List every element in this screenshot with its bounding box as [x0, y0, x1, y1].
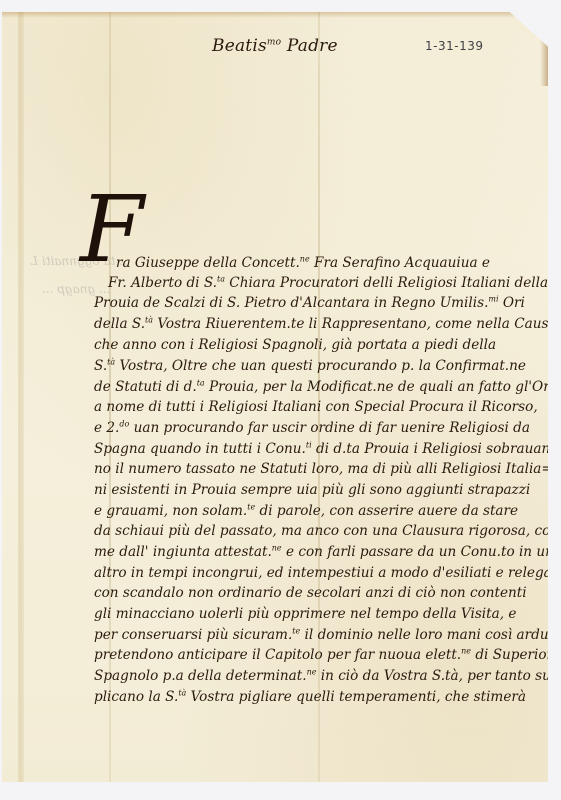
line-abbreviation-superscript: do	[119, 419, 129, 428]
line-text-continued: in ciò da Vostra S.tà, per tanto sup=	[316, 668, 561, 684]
page-fold-left	[18, 12, 24, 782]
line-text-continued: Prouia, per la Modificat.ne de quali an …	[205, 379, 554, 395]
line-text: che anno con i Religiosi Spagnoli, già p…	[94, 337, 496, 353]
line-text-continued: Vostra, Oltre che uan questi procurando …	[115, 358, 526, 374]
manuscript-line: Spagnolo p.a della determinat.ne in ciò …	[94, 666, 561, 686]
line-text-continued: uan procurando far uscir ordine di far u…	[129, 420, 530, 436]
manuscript-line: della S.tà Vostra Riuerentem.te li Rappr…	[94, 314, 557, 334]
manuscript-line: ra Giuseppe della Concett.ne Fra Serafin…	[116, 253, 490, 273]
line-text: no il numero tassato ne Statuti loro, ma…	[94, 461, 553, 477]
line-text: Spagna quando in tutti i Conu.	[94, 441, 306, 457]
manuscript-line: plicano la S.tà Vostra pigliare quelli t…	[94, 687, 526, 707]
manuscript-line: e grauami, non solam.te di parole, con a…	[94, 501, 518, 521]
line-text: ni esistenti in Prouia sempre uia più gl…	[94, 482, 530, 498]
line-abbreviation-superscript: ne	[272, 543, 282, 552]
line-text-continued: Fra Serafino Acquauiua e	[310, 255, 490, 271]
manuscript-line: ni esistenti in Prouia sempre uia più gl…	[94, 480, 530, 500]
archive-reference: 1-31-139	[425, 39, 483, 53]
manuscript-line: con scandalo non ordinario de secolari a…	[94, 583, 527, 603]
line-text: pretendono anticipare il Capitolo per fa…	[94, 647, 461, 663]
line-text: altro in tempi incongrui, ed intempestiu…	[94, 565, 561, 581]
line-text: da schiaui più del passato, ma anco con …	[94, 523, 561, 539]
manuscript-line: me dall' ingiunta attestat.ne e con farl…	[94, 542, 554, 562]
line-abbreviation-superscript: te	[247, 502, 255, 511]
corner-stain	[540, 26, 548, 86]
top-edge-stain	[2, 12, 548, 18]
line-text: della S.	[94, 316, 145, 332]
line-text: a nome di tutti i Religiosi Italiani con…	[94, 399, 538, 415]
manuscript-line: da schiaui più del passato, ma anco con …	[94, 521, 561, 541]
manuscript-line: no il numero tassato ne Statuti loro, ma…	[94, 459, 553, 479]
manuscript-line: gli minacciano uolerli più opprimere nel…	[94, 604, 516, 624]
manuscript-line: per conseruarsi più sicuram.te il domini…	[94, 625, 553, 645]
line-text-continued: Vostra Riuerentem.te li Rappresentano, c…	[153, 316, 557, 332]
line-text-continued: Chiara Procuratori delli Religiosi Itali…	[225, 275, 548, 291]
line-text: me dall' ingiunta attestat.	[94, 544, 272, 560]
line-text: e 2.	[94, 420, 119, 436]
line-text: e grauami, non solam.	[94, 503, 247, 519]
line-text-continued: Vostra pigliare quelli temperamenti, che…	[186, 689, 526, 705]
line-text-continued: di Superiore	[471, 647, 561, 663]
manuscript-page: ... ta oggnnaiti L ... gnagp ... Beatism…	[2, 12, 548, 782]
manuscript-line: S.tà Vostra, Oltre che uan questi procur…	[94, 356, 526, 376]
line-text-continued: il dominio nelle loro mani così ardui	[300, 627, 553, 643]
salutation-part: Beatis	[212, 36, 267, 56]
line-text: Spagnolo p.a della determinat.	[94, 668, 307, 684]
line-text-continued: di d.ta Prouia i Religiosi sobrauanza=	[312, 441, 561, 457]
line-abbreviation-superscript: ne	[300, 254, 310, 263]
line-text: plicano la S.	[94, 689, 178, 705]
manuscript-line: altro in tempi incongrui, ed intempestiu…	[94, 563, 561, 583]
manuscript-line: che anno con i Religiosi Spagnoli, già p…	[94, 335, 496, 355]
line-text: con scandalo non ordinario de secolari a…	[94, 585, 527, 601]
salutation: Beatismo Padre	[212, 36, 338, 56]
line-text-continued: di parole, con asserire auere da stare	[255, 503, 518, 519]
manuscript-line: pretendono anticipare il Capitolo per fa…	[94, 645, 561, 665]
line-abbreviation-superscript: ta	[197, 378, 205, 387]
manuscript-line: Spagna quando in tutti i Conu.ti di d.ta…	[94, 439, 561, 459]
line-abbreviation-superscript: ne	[461, 646, 471, 655]
manuscript-line: Fr. Alberto di S.ta Chiara Procuratori d…	[108, 273, 548, 293]
line-abbreviation-superscript: ne	[307, 667, 317, 676]
line-text: per conseruarsi più sicuram.	[94, 627, 292, 643]
line-text-continued: Ori	[499, 295, 525, 311]
line-text: Fr. Alberto di S.	[108, 275, 217, 291]
line-abbreviation-superscript: tà	[145, 315, 153, 324]
line-text-continued: e con farli passare da un Conu.to in un	[282, 544, 554, 560]
line-abbreviation-superscript: ta	[217, 274, 225, 283]
salutation-part: Padre	[287, 36, 338, 56]
salutation-superscript: mo	[267, 37, 281, 47]
manuscript-line: de Statuti di d.ta Prouia, per la Modifi…	[94, 377, 554, 397]
line-text: S.	[94, 358, 107, 374]
line-text: ra Giuseppe della Concett.	[116, 255, 300, 271]
line-abbreviation-superscript: mi	[488, 294, 498, 303]
line-text: gli minacciano uolerli più opprimere nel…	[94, 606, 516, 622]
line-abbreviation-superscript: tà	[107, 357, 115, 366]
manuscript-line: Prouia de Scalzi di S. Pietro d'Alcantar…	[94, 293, 525, 313]
line-text: de Statuti di d.	[94, 379, 197, 395]
manuscript-line: a nome di tutti i Religiosi Italiani con…	[94, 397, 538, 417]
line-text: Prouia de Scalzi di S. Pietro d'Alcantar…	[94, 295, 488, 311]
manuscript-line: e 2.do uan procurando far uscir ordine d…	[94, 418, 530, 438]
scan-background: ... ta oggnnaiti L ... gnagp ... Beatism…	[0, 0, 561, 800]
